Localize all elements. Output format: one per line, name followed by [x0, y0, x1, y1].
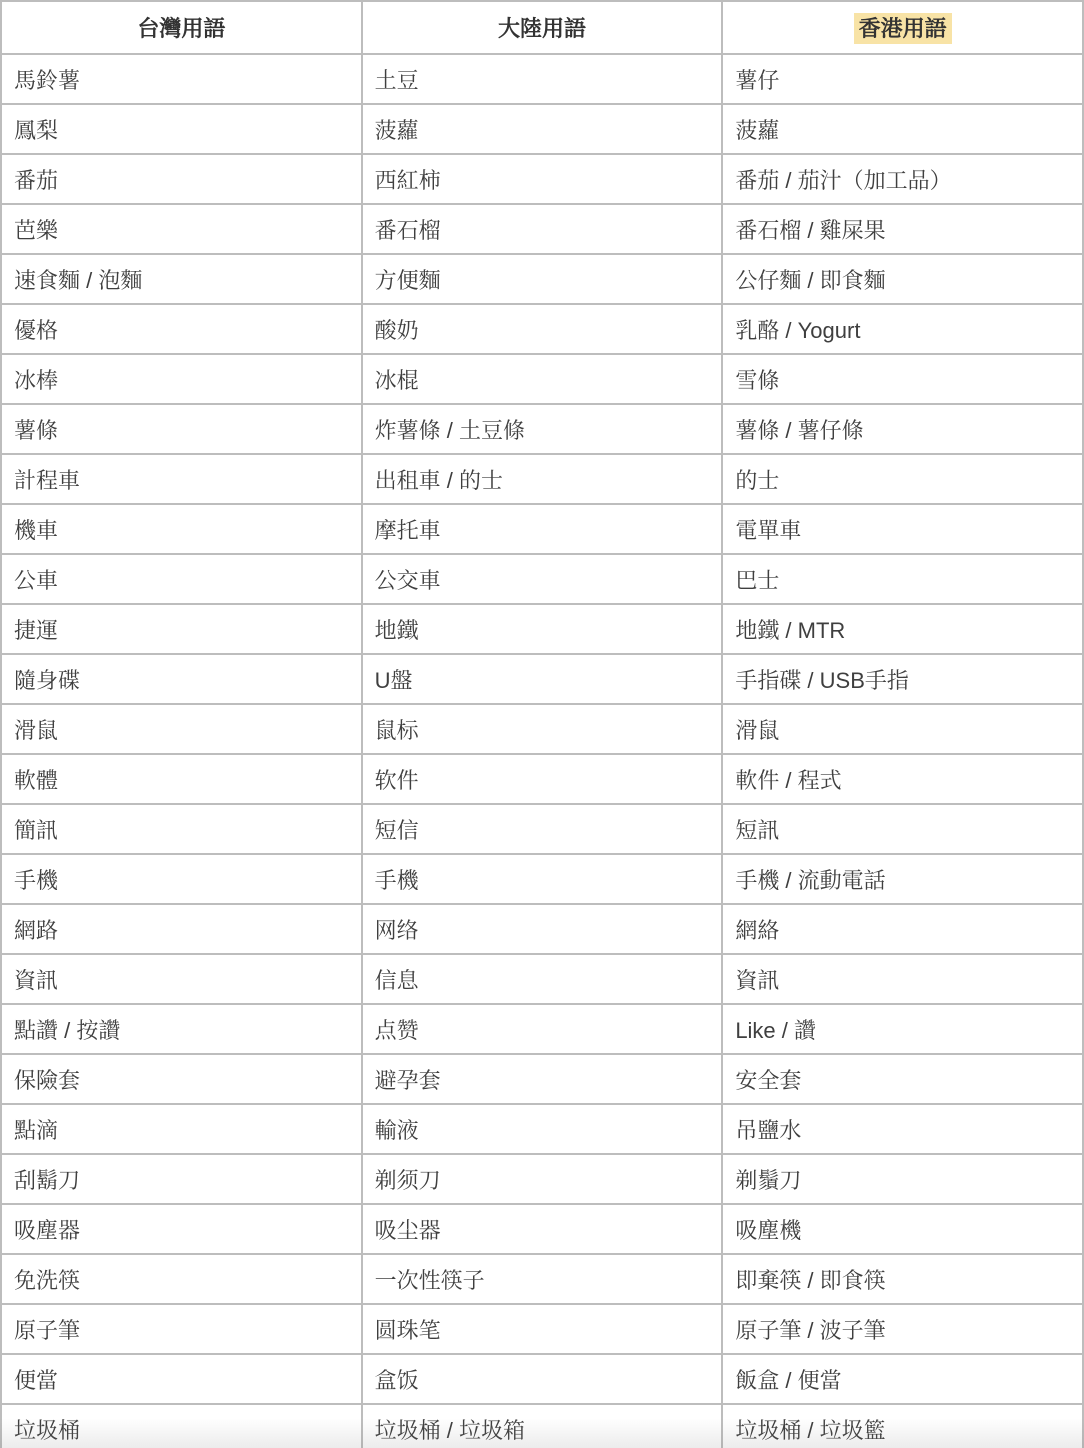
table-cell: 盒饭	[362, 1354, 723, 1404]
table-row: 機車摩托車電單車	[1, 504, 1083, 554]
table-row: 隨身碟U盤手指碟 / USB手指	[1, 654, 1083, 704]
table-cell: 土豆	[362, 54, 723, 104]
table-cell: 網路	[1, 904, 362, 954]
table-cell: 一次性筷子	[362, 1254, 723, 1304]
table-row: 薯條炸薯條 / 土豆條薯條 / 薯仔條	[1, 404, 1083, 454]
table-cell: 地鐵 / MTR	[722, 604, 1083, 654]
table-cell: 機車	[1, 504, 362, 554]
table-cell: 速食麵 / 泡麵	[1, 254, 362, 304]
table-cell: 剃须刀	[362, 1154, 723, 1204]
table-row: 保險套避孕套安全套	[1, 1054, 1083, 1104]
table-cell: 方便麵	[362, 254, 723, 304]
table-row: 鳳梨菠蘿菠蘿	[1, 104, 1083, 154]
table-row: 便當盒饭飯盒 / 便當	[1, 1354, 1083, 1404]
table-cell: 手機 / 流動電話	[722, 854, 1083, 904]
table-cell: 手機	[362, 854, 723, 904]
table-row: 捷運地鐵地鐵 / MTR	[1, 604, 1083, 654]
table-cell: 点赞	[362, 1004, 723, 1054]
table-cell: 网络	[362, 904, 723, 954]
table-cell: 計程車	[1, 454, 362, 504]
table-cell: 西紅柿	[362, 154, 723, 204]
table-cell: 保險套	[1, 1054, 362, 1104]
table-cell: 優格	[1, 304, 362, 354]
table-cell: 雪條	[722, 354, 1083, 404]
table-cell: 公車	[1, 554, 362, 604]
table-row: 點讚 / 按讚点赞Like / 讚	[1, 1004, 1083, 1054]
table-cell: 酸奶	[362, 304, 723, 354]
table-cell: Like / 讚	[722, 1004, 1083, 1054]
table-row: 冰棒冰棍雪條	[1, 354, 1083, 404]
table-cell: 信息	[362, 954, 723, 1004]
table-cell: 簡訊	[1, 804, 362, 854]
table-row: 滑鼠鼠标滑鼠	[1, 704, 1083, 754]
table-cell: 軟體	[1, 754, 362, 804]
table-cell: 刮鬍刀	[1, 1154, 362, 1204]
table-cell: 地鐵	[362, 604, 723, 654]
table-row: 原子筆圆珠笔原子筆 / 波子筆	[1, 1304, 1083, 1354]
table-cell: 冰棒	[1, 354, 362, 404]
table-row: 網路网络網絡	[1, 904, 1083, 954]
table-cell: 摩托車	[362, 504, 723, 554]
table-row: 簡訊短信短訊	[1, 804, 1083, 854]
table-row: 芭樂番石榴番石榴 / 雞屎果	[1, 204, 1083, 254]
table-cell: 資訊	[1, 954, 362, 1004]
table-cell: 吸塵器	[1, 1204, 362, 1254]
table-cell: 電單車	[722, 504, 1083, 554]
table-cell: 番石榴 / 雞屎果	[722, 204, 1083, 254]
table-row: 馬鈴薯土豆薯仔	[1, 54, 1083, 104]
terminology-comparison-table: 台灣用語 大陸用語 香港用語 馬鈴薯土豆薯仔鳳梨菠蘿菠蘿番茄西紅柿番茄 / 茄汁…	[0, 0, 1084, 1448]
table-row: 刮鬍刀剃须刀剃鬚刀	[1, 1154, 1083, 1204]
table-cell: U盤	[362, 654, 723, 704]
table-cell: 手機	[1, 854, 362, 904]
table-cell: 薯仔	[722, 54, 1083, 104]
table-cell: 公交車	[362, 554, 723, 604]
table-cell: 垃圾桶 / 垃圾籃	[722, 1404, 1083, 1448]
table-cell: 薯條 / 薯仔條	[722, 404, 1083, 454]
table-cell: 原子筆 / 波子筆	[722, 1304, 1083, 1354]
table-cell: 資訊	[722, 954, 1083, 1004]
table-cell: 鳳梨	[1, 104, 362, 154]
table-cell: 吸尘器	[362, 1204, 723, 1254]
table-cell: 免洗筷	[1, 1254, 362, 1304]
table-cell: 安全套	[722, 1054, 1083, 1104]
header-hongkong-label-highlighted: 香港用語	[854, 13, 952, 44]
table-cell: 薯條	[1, 404, 362, 454]
table-cell: 吊鹽水	[722, 1104, 1083, 1154]
table-cell: 芭樂	[1, 204, 362, 254]
table-cell: 冰棍	[362, 354, 723, 404]
table-row: 手機手機手機 / 流動電話	[1, 854, 1083, 904]
table-cell: 鼠标	[362, 704, 723, 754]
table-cell: 垃圾桶 / 垃圾箱	[362, 1404, 723, 1448]
table-cell: 點讚 / 按讚	[1, 1004, 362, 1054]
table-cell: 捷運	[1, 604, 362, 654]
table-row: 公車公交車巴士	[1, 554, 1083, 604]
table-cell: 原子筆	[1, 1304, 362, 1354]
table-cell: 短信	[362, 804, 723, 854]
table-row: 番茄西紅柿番茄 / 茄汁（加工品）	[1, 154, 1083, 204]
table-cell: 飯盒 / 便當	[722, 1354, 1083, 1404]
table-cell: 巴士	[722, 554, 1083, 604]
table-cell: 吸塵機	[722, 1204, 1083, 1254]
header-mainland-term: 大陸用語	[362, 1, 723, 54]
table-cell: 軟件 / 程式	[722, 754, 1083, 804]
table-cell: 輸液	[362, 1104, 723, 1154]
table-cell: 短訊	[722, 804, 1083, 854]
table-body: 馬鈴薯土豆薯仔鳳梨菠蘿菠蘿番茄西紅柿番茄 / 茄汁（加工品）芭樂番石榴番石榴 /…	[1, 54, 1083, 1448]
table-header-row: 台灣用語 大陸用語 香港用語	[1, 1, 1083, 54]
table-cell: 菠蘿	[362, 104, 723, 154]
table-row: 免洗筷一次性筷子即棄筷 / 即食筷	[1, 1254, 1083, 1304]
header-hongkong-term: 香港用語	[722, 1, 1083, 54]
table-row: 軟體软件軟件 / 程式	[1, 754, 1083, 804]
table-cell: 番茄 / 茄汁（加工品）	[722, 154, 1083, 204]
table-cell: 圆珠笔	[362, 1304, 723, 1354]
table-cell: 乳酪 / Yogurt	[722, 304, 1083, 354]
table-cell: 的士	[722, 454, 1083, 504]
table-cell: 點滴	[1, 1104, 362, 1154]
table-cell: 便當	[1, 1354, 362, 1404]
table-row: 吸塵器吸尘器吸塵機	[1, 1204, 1083, 1254]
table-cell: 即棄筷 / 即食筷	[722, 1254, 1083, 1304]
table-row: 優格酸奶乳酪 / Yogurt	[1, 304, 1083, 354]
table-cell: 公仔麵 / 即食麵	[722, 254, 1083, 304]
table-cell: 炸薯條 / 土豆條	[362, 404, 723, 454]
table-row: 點滴輸液吊鹽水	[1, 1104, 1083, 1154]
header-taiwan-term: 台灣用語	[1, 1, 362, 54]
table-cell: 滑鼠	[1, 704, 362, 754]
table-cell: 隨身碟	[1, 654, 362, 704]
table-cell: 避孕套	[362, 1054, 723, 1104]
header-taiwan-label: 台灣用語	[137, 16, 225, 41]
table-cell: 软件	[362, 754, 723, 804]
table-cell: 菠蘿	[722, 104, 1083, 154]
table-cell: 番石榴	[362, 204, 723, 254]
table-cell: 網絡	[722, 904, 1083, 954]
table-cell: 出租車 / 的士	[362, 454, 723, 504]
table-cell: 手指碟 / USB手指	[722, 654, 1083, 704]
table-cell: 馬鈴薯	[1, 54, 362, 104]
table-cell: 番茄	[1, 154, 362, 204]
table-row: 計程車出租車 / 的士的士	[1, 454, 1083, 504]
header-mainland-label: 大陸用語	[498, 16, 586, 41]
table-cell: 滑鼠	[722, 704, 1083, 754]
table-row: 垃圾桶垃圾桶 / 垃圾箱垃圾桶 / 垃圾籃	[1, 1404, 1083, 1448]
table-cell: 剃鬚刀	[722, 1154, 1083, 1204]
table-row: 速食麵 / 泡麵方便麵公仔麵 / 即食麵	[1, 254, 1083, 304]
table-cell: 垃圾桶	[1, 1404, 362, 1448]
table-row: 資訊信息資訊	[1, 954, 1083, 1004]
